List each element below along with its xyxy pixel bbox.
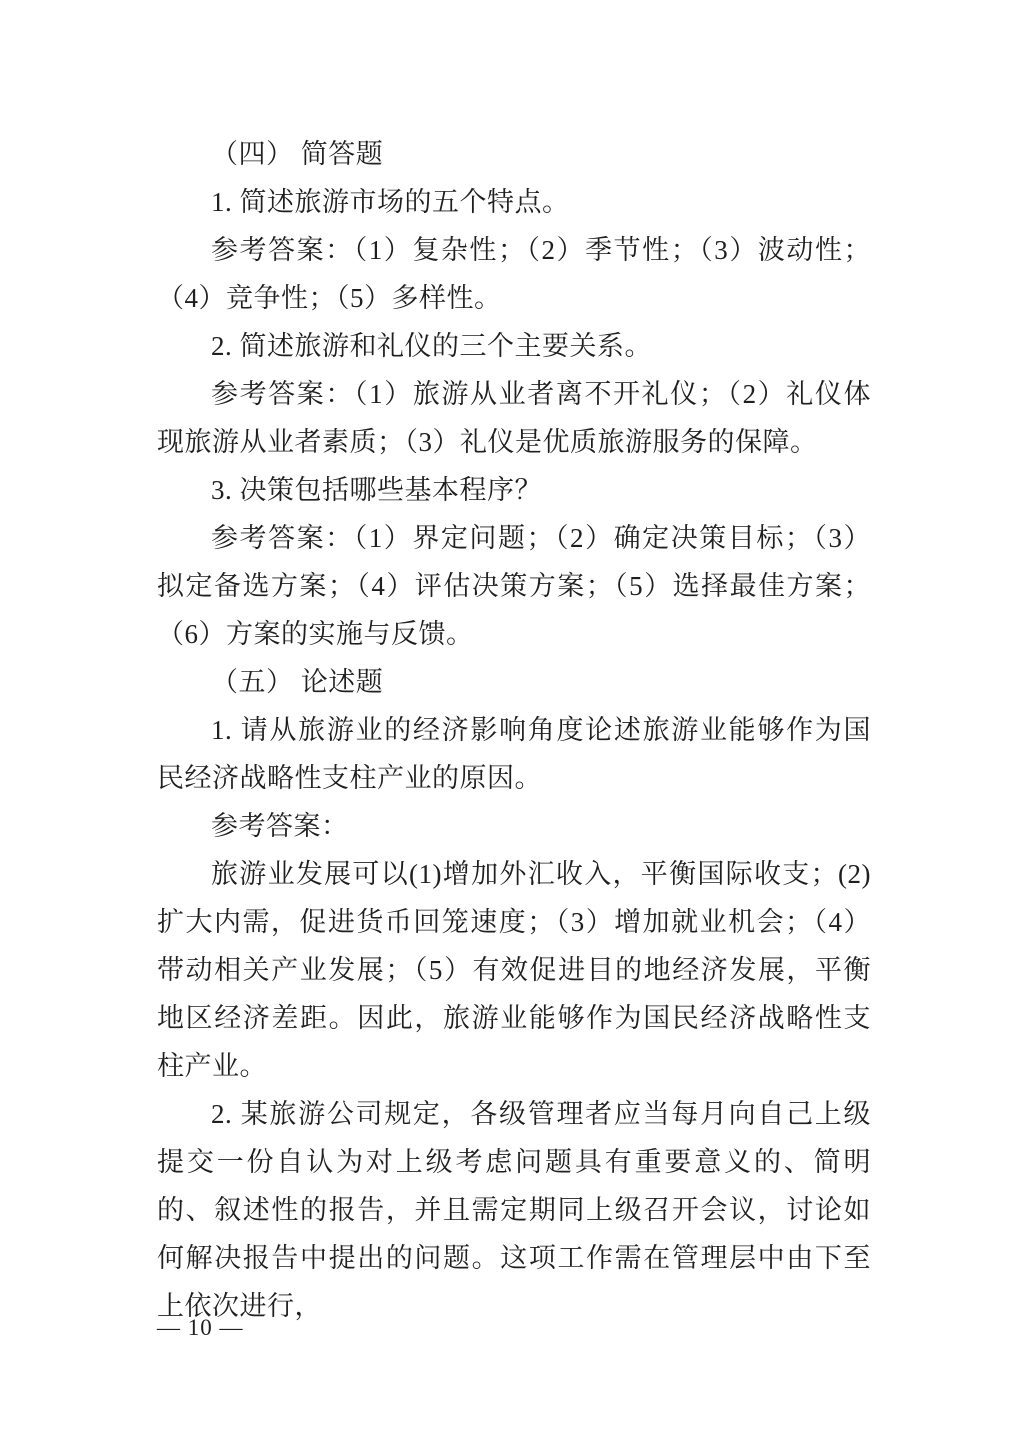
essay-answer-1-text: 旅游业发展可以(1)增加外汇收入，平衡国际收支；(2)扩大内需，促进货币回笼速度…: [157, 850, 871, 1090]
section-heading-5: （五） 论述题: [157, 658, 871, 706]
essay-question-2-text: 2. 某旅游公司规定，各级管理者应当每月向自己上级提交一份自认为对上级考虑问题具…: [157, 1090, 871, 1330]
section-heading-4: （四） 简答题: [157, 130, 871, 178]
answer-1-text: 参考答案：（1）复杂性；（2）季节性；（3）波动性；（4）竞争性；（5）多样性。: [157, 226, 871, 322]
essay-question-1-text: 1. 请从旅游业的经济影响角度论述旅游业能够作为国民经济战略性支柱产业的原因。: [157, 706, 871, 802]
document-body: （四） 简答题 1. 简述旅游市场的五个特点。 参考答案：（1）复杂性；（2）季…: [157, 130, 871, 1330]
answer-3-text: 参考答案：（1）界定问题；（2）确定决策目标；（3）拟定备选方案；（4）评估决策…: [157, 514, 871, 658]
question-1-text: 1. 简述旅游市场的五个特点。: [157, 178, 871, 226]
document-page: （四） 简答题 1. 简述旅游市场的五个特点。 参考答案：（1）复杂性；（2）季…: [0, 0, 1024, 1447]
question-2-text: 2. 简述旅游和礼仪的三个主要关系。: [157, 322, 871, 370]
answer-2-text: 参考答案：（1）旅游从业者离不开礼仪；（2）礼仪体现旅游从业者素质；（3）礼仪是…: [157, 370, 871, 466]
question-3-text: 3. 决策包括哪些基本程序？: [157, 466, 871, 514]
answer-label: 参考答案：: [157, 802, 871, 850]
page-number: — 10 —: [157, 1314, 244, 1342]
